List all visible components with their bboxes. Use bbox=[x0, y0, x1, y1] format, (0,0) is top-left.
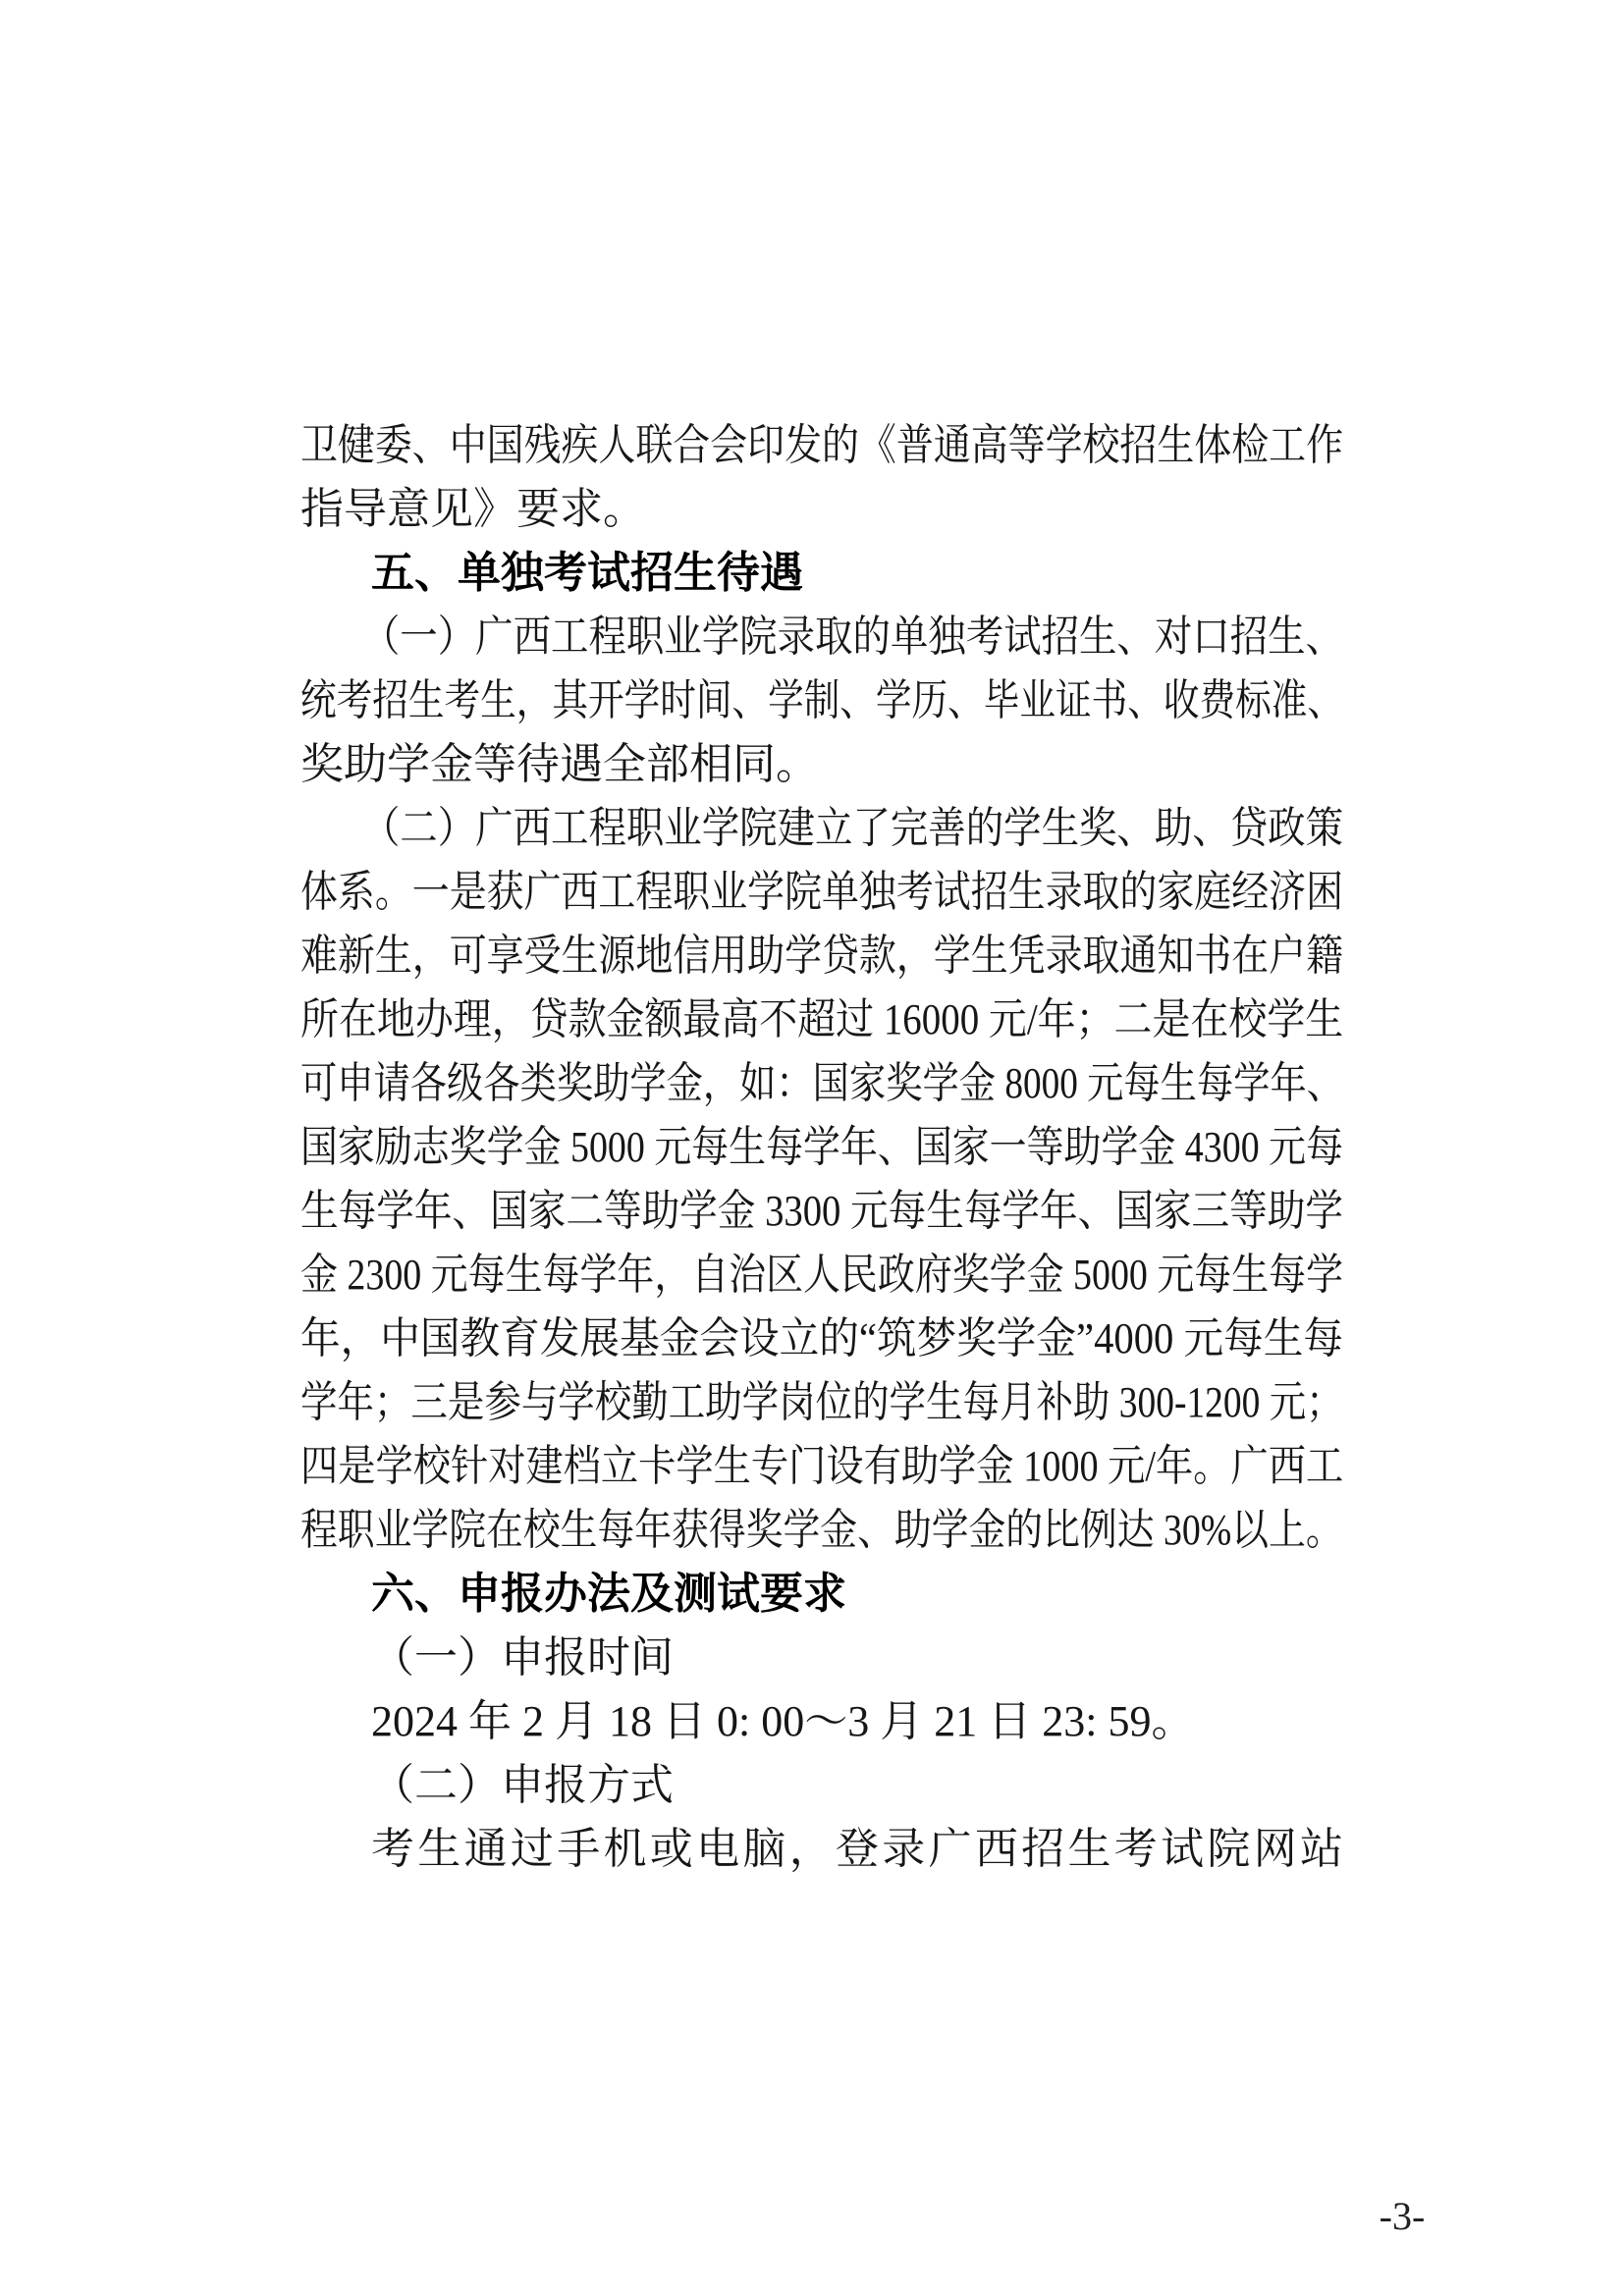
text-line: 可申请各级各类奖助学金，如：国家奖学金 8000 元每生每学年、 bbox=[300, 1051, 1183, 1115]
section-heading: 五、单独考试招生待遇 bbox=[300, 541, 1343, 605]
text-line: 2024 年 2 月 18 日 0: 00～3 月 21 日 23: 59。 bbox=[300, 1689, 1343, 1753]
text-line: 难新生，可享受生源地信用助学贷款，学生凭录取通知书在户籍 bbox=[300, 924, 1199, 988]
text-line: 年，中国教育发展基金会设立的“筑梦奖学金”4000 元每生每 bbox=[300, 1307, 1264, 1370]
text-line: 学年；三是参与学校勤工助学岗位的学生每月补助 300-1200 元； bbox=[300, 1370, 1188, 1434]
text-line: 考生通过手机或电脑，登录广西招生考试院网站 bbox=[300, 1817, 1343, 1881]
text-line: 体系。一是获广西工程职业学院单独考试招生录取的家庭经济困 bbox=[300, 860, 1199, 924]
text-line: （一）申报时间 bbox=[300, 1626, 1343, 1689]
section-heading: 六、申报办法及测试要求 bbox=[300, 1562, 1343, 1626]
text-line: 指导意见》要求。 bbox=[300, 477, 1343, 541]
document-page: 卫健委、中国残疾人联合会印发的《普通高等学校招生体检工作指导意见》要求。五、单独… bbox=[0, 0, 1624, 2296]
text-line: 生每学年、国家二等助学金 3300 元每生每学年、国家三等助学 bbox=[300, 1179, 1216, 1243]
text-line: 国家励志奖学金 5000 元每生每学年、国家一等助学金 4300 元每 bbox=[300, 1115, 1199, 1179]
text-line: 金 2300 元每生每学年，自治区人民政府奖学金 5000 元每生每学 bbox=[300, 1243, 1199, 1307]
page-number: -3- bbox=[1363, 2193, 1441, 2240]
text-line: （一）广西工程职业学院录取的单独考试招生、对口招生、 bbox=[300, 605, 1212, 668]
text-line: 统考招生考生，其开学时间、学制、学历、毕业证书、收费标准、 bbox=[300, 668, 1168, 732]
text-line: 所在地办理，贷款金额最高不超过 16000 元/年；二是在校学生 bbox=[300, 988, 1223, 1051]
text-line: 程职业学院在校生每年获得奖学金、助学金的比例达 30%以上。 bbox=[300, 1498, 1196, 1562]
text-line: 卫健委、中国残疾人联合会印发的《普通高等学校招生体检工作 bbox=[300, 413, 1199, 477]
text-line: （二）广西工程职业学院建立了完善的学生奖、助、贷政策 bbox=[300, 796, 1212, 860]
text-line: 奖助学金等待遇全部相同。 bbox=[300, 732, 1343, 796]
document-body: 卫健委、中国残疾人联合会印发的《普通高等学校招生体检工作指导意见》要求。五、单独… bbox=[300, 413, 1343, 1881]
text-line: （二）申报方式 bbox=[300, 1753, 1343, 1817]
text-line: 四是学校针对建档立卡学生专门设有助学金 1000 元/年。广西工 bbox=[300, 1434, 1207, 1498]
